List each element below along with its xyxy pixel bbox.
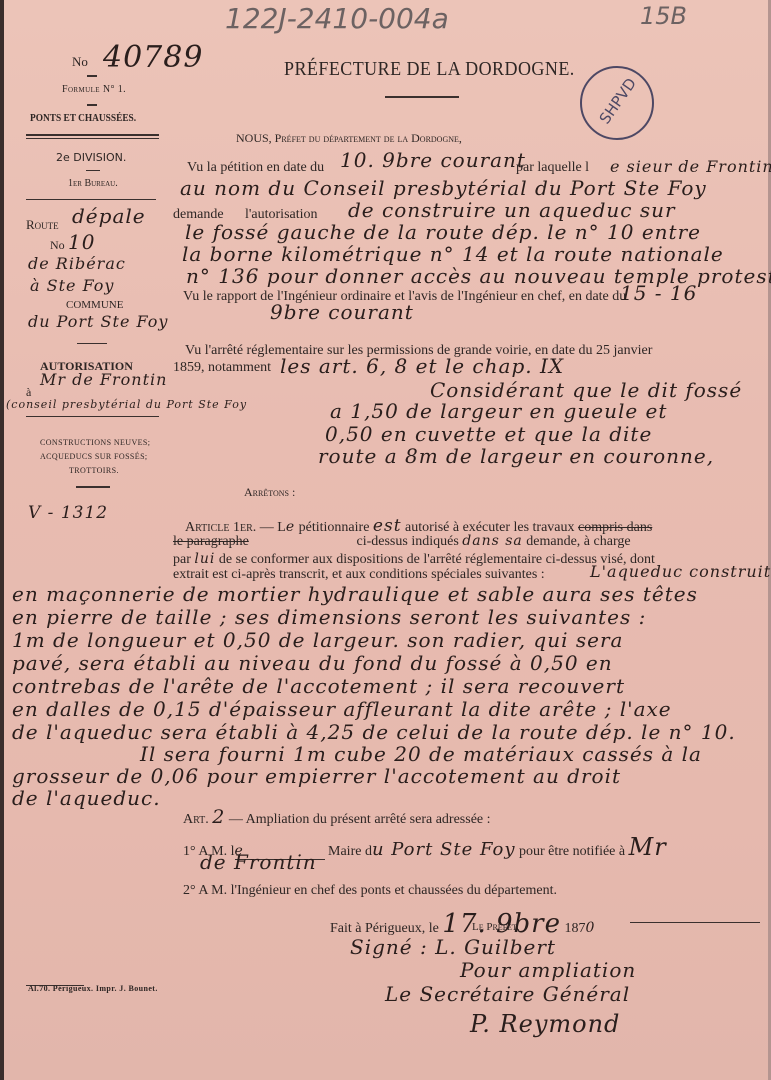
- petition-line2: au nom du Conseil presbytérial du Port S…: [180, 176, 707, 200]
- article2-number: 2: [212, 806, 225, 828]
- route-value: dépale: [72, 204, 146, 228]
- route-number-value: 10: [68, 230, 95, 254]
- title-underline: [385, 96, 459, 98]
- article1-hw: lui: [194, 551, 215, 567]
- request-line1: de construire un aqueduc sur: [348, 198, 676, 222]
- condition-line: en pierre de taille ; ses dimensions ser…: [12, 605, 646, 629]
- request-line3: la borne kilométrique n° 14 et la route …: [182, 242, 724, 266]
- secretary-title: Le Secrétaire Général: [385, 982, 630, 1006]
- stamp-text: SHPVD: [596, 75, 640, 128]
- article2-item1-recipient: de Frontin: [200, 850, 317, 874]
- arrete-articles: les art. 6, 8 et le chap. IX: [280, 354, 564, 378]
- petition-prefix: Vu la pétition en date du: [187, 160, 324, 176]
- condition-line: de l'aqueduc sera établi à 4,25 de celui…: [12, 720, 736, 744]
- route-number-label: No: [50, 238, 65, 253]
- shpvd-stamp: SHPVD: [580, 66, 654, 140]
- route-name-line1: de Ribérac: [28, 254, 126, 273]
- arretons-heading: Arrêtons :: [244, 485, 295, 500]
- article2-item2: 2° A M. l'Ingénieur en chef des ponts et…: [183, 883, 557, 899]
- arrete-text-2: 1859, notamment: [173, 360, 271, 376]
- number-label: No: [72, 54, 88, 70]
- rapport-date: 15 - 16: [620, 281, 697, 305]
- category-constructions: CONSTRUCTIONS NEUVES;: [40, 438, 150, 447]
- article1-text: ci-dessus indiqués: [357, 534, 459, 549]
- rapport-month: 9bre courant: [270, 300, 414, 324]
- condition-line: 1m de longueur et 0,50 de largeur. son r…: [12, 628, 623, 652]
- sidebar-double-rule: [26, 138, 159, 139]
- divider: [87, 104, 97, 106]
- page-left-edge: [0, 0, 4, 1080]
- fait-text: Fait à Périgueux, le: [330, 921, 439, 936]
- condition-line: en dalles de 0,15 d'épaisseur affleurant…: [12, 697, 672, 721]
- secretary-signature: P. Reymond: [470, 1010, 620, 1038]
- article1-line4-hw: L'aqueduc construit: [590, 562, 771, 581]
- request-line2: le fossé gauche de la route dép. le n° 1…: [185, 220, 701, 244]
- printer-imprint: Al.70. Périgueux. Impr. J. Bounet.: [28, 984, 158, 993]
- route-label: Route: [26, 217, 59, 233]
- article1-text: demande, à charge: [526, 534, 630, 549]
- item1-hw: Mr: [629, 833, 667, 861]
- page-title: PRÉFECTURE DE LA DORDOGNE.: [284, 58, 575, 81]
- article2-label: Art.: [183, 812, 209, 827]
- category-acqueducs: ACQUEDUCS SUR FOSSÉS;: [40, 452, 148, 461]
- pour-ampliation: Pour ampliation: [460, 958, 636, 982]
- divider: [86, 170, 100, 171]
- sidebar-reference: V - 1312: [28, 503, 108, 523]
- condition-line: de l'aqueduc.: [12, 786, 161, 810]
- condition-line: pavé, sera établi au niveau du fond du f…: [12, 651, 613, 675]
- item1-text: pour être notifiée à: [519, 844, 625, 859]
- formule-label: Formule N° 1.: [62, 84, 126, 95]
- petition-by-which: par laquelle l: [516, 160, 589, 176]
- beneficiary-line2: (conseil presbytérial du Port Ste Foy: [6, 398, 247, 411]
- article1-struck: le paragraphe: [173, 534, 353, 550]
- number-value: 40789: [103, 40, 203, 75]
- condition-line: en maçonnerie de mortier hydraulique et …: [12, 582, 698, 606]
- ornamental-rule: [26, 199, 156, 200]
- fait-year-hw: 0: [586, 920, 596, 936]
- category-trottoirs: TROTTOIRS.: [69, 466, 119, 475]
- considerant-line3: 0,50 en cuvette et que la dite: [325, 422, 652, 446]
- article1-line2: le paragraphe ci-dessus indiqués dans sa…: [173, 533, 631, 550]
- service-label: PONTS ET CHAUSSÉES.: [30, 112, 136, 124]
- article1-line4: extrait est ci-après transcrit, et aux c…: [173, 567, 545, 583]
- document-page: 122J-2410-004a 15B SHPVD No 40789 Formul…: [0, 0, 771, 1080]
- fait-rule: [630, 922, 760, 923]
- article1-line3: par lui de se conformer aux dispositions…: [173, 551, 655, 568]
- article2-line1: Art. 2 — Ampliation du présent arrêté se…: [183, 806, 491, 828]
- commune-label: COMMUNE: [66, 299, 123, 311]
- route-name-line2: à Ste Foy: [30, 276, 114, 295]
- article2-text: — Ampliation du présent arrêté sera adre…: [229, 812, 491, 827]
- article1-text: par: [173, 552, 191, 567]
- condition-line: Il sera fourni 1m cube 20 de matériaux c…: [140, 742, 702, 766]
- condition-line: contrebas de l'arête de l'accotement ; i…: [12, 674, 625, 698]
- division-label: 2e DIVISION.: [56, 151, 126, 164]
- condition-line: grosseur de 0,06 pour empierrer l'accote…: [12, 764, 621, 788]
- item1-text: Maire d: [328, 844, 372, 859]
- archive-reference-code: 122J-2410-004a: [225, 2, 449, 35]
- prefet-title: Le Préfet,: [472, 921, 520, 933]
- beneficiary-line1: Mr de Frontin: [40, 370, 167, 389]
- ornamental-rule: [77, 343, 107, 344]
- considerant-line4: route a 8m de largeur en couronne,: [318, 444, 714, 468]
- fait-year: 187: [565, 921, 586, 936]
- article1-hw: dans sa: [462, 533, 523, 549]
- commune-value: du Port Ste Foy: [28, 312, 168, 331]
- considerant-line2: a 1,50 de largeur en gueule et: [330, 399, 667, 423]
- petition-date: 10. 9bre courant: [340, 148, 526, 172]
- bureau-label: 1er Bureau.: [68, 178, 118, 189]
- archive-corner-number: 15B: [640, 2, 687, 30]
- petitioner: e sieur de Frontin: [610, 157, 771, 176]
- signed-by: Signé : L. Guilbert: [350, 935, 556, 959]
- item1-hw: u Port Ste Foy: [372, 839, 516, 860]
- beneficiary-underline: [26, 416, 159, 417]
- ornamental-rule: [76, 486, 110, 488]
- sidebar-double-rule: [26, 134, 159, 136]
- divider: [87, 75, 97, 77]
- intro-line: NOUS, Préfet du département de la Dordog…: [236, 131, 462, 146]
